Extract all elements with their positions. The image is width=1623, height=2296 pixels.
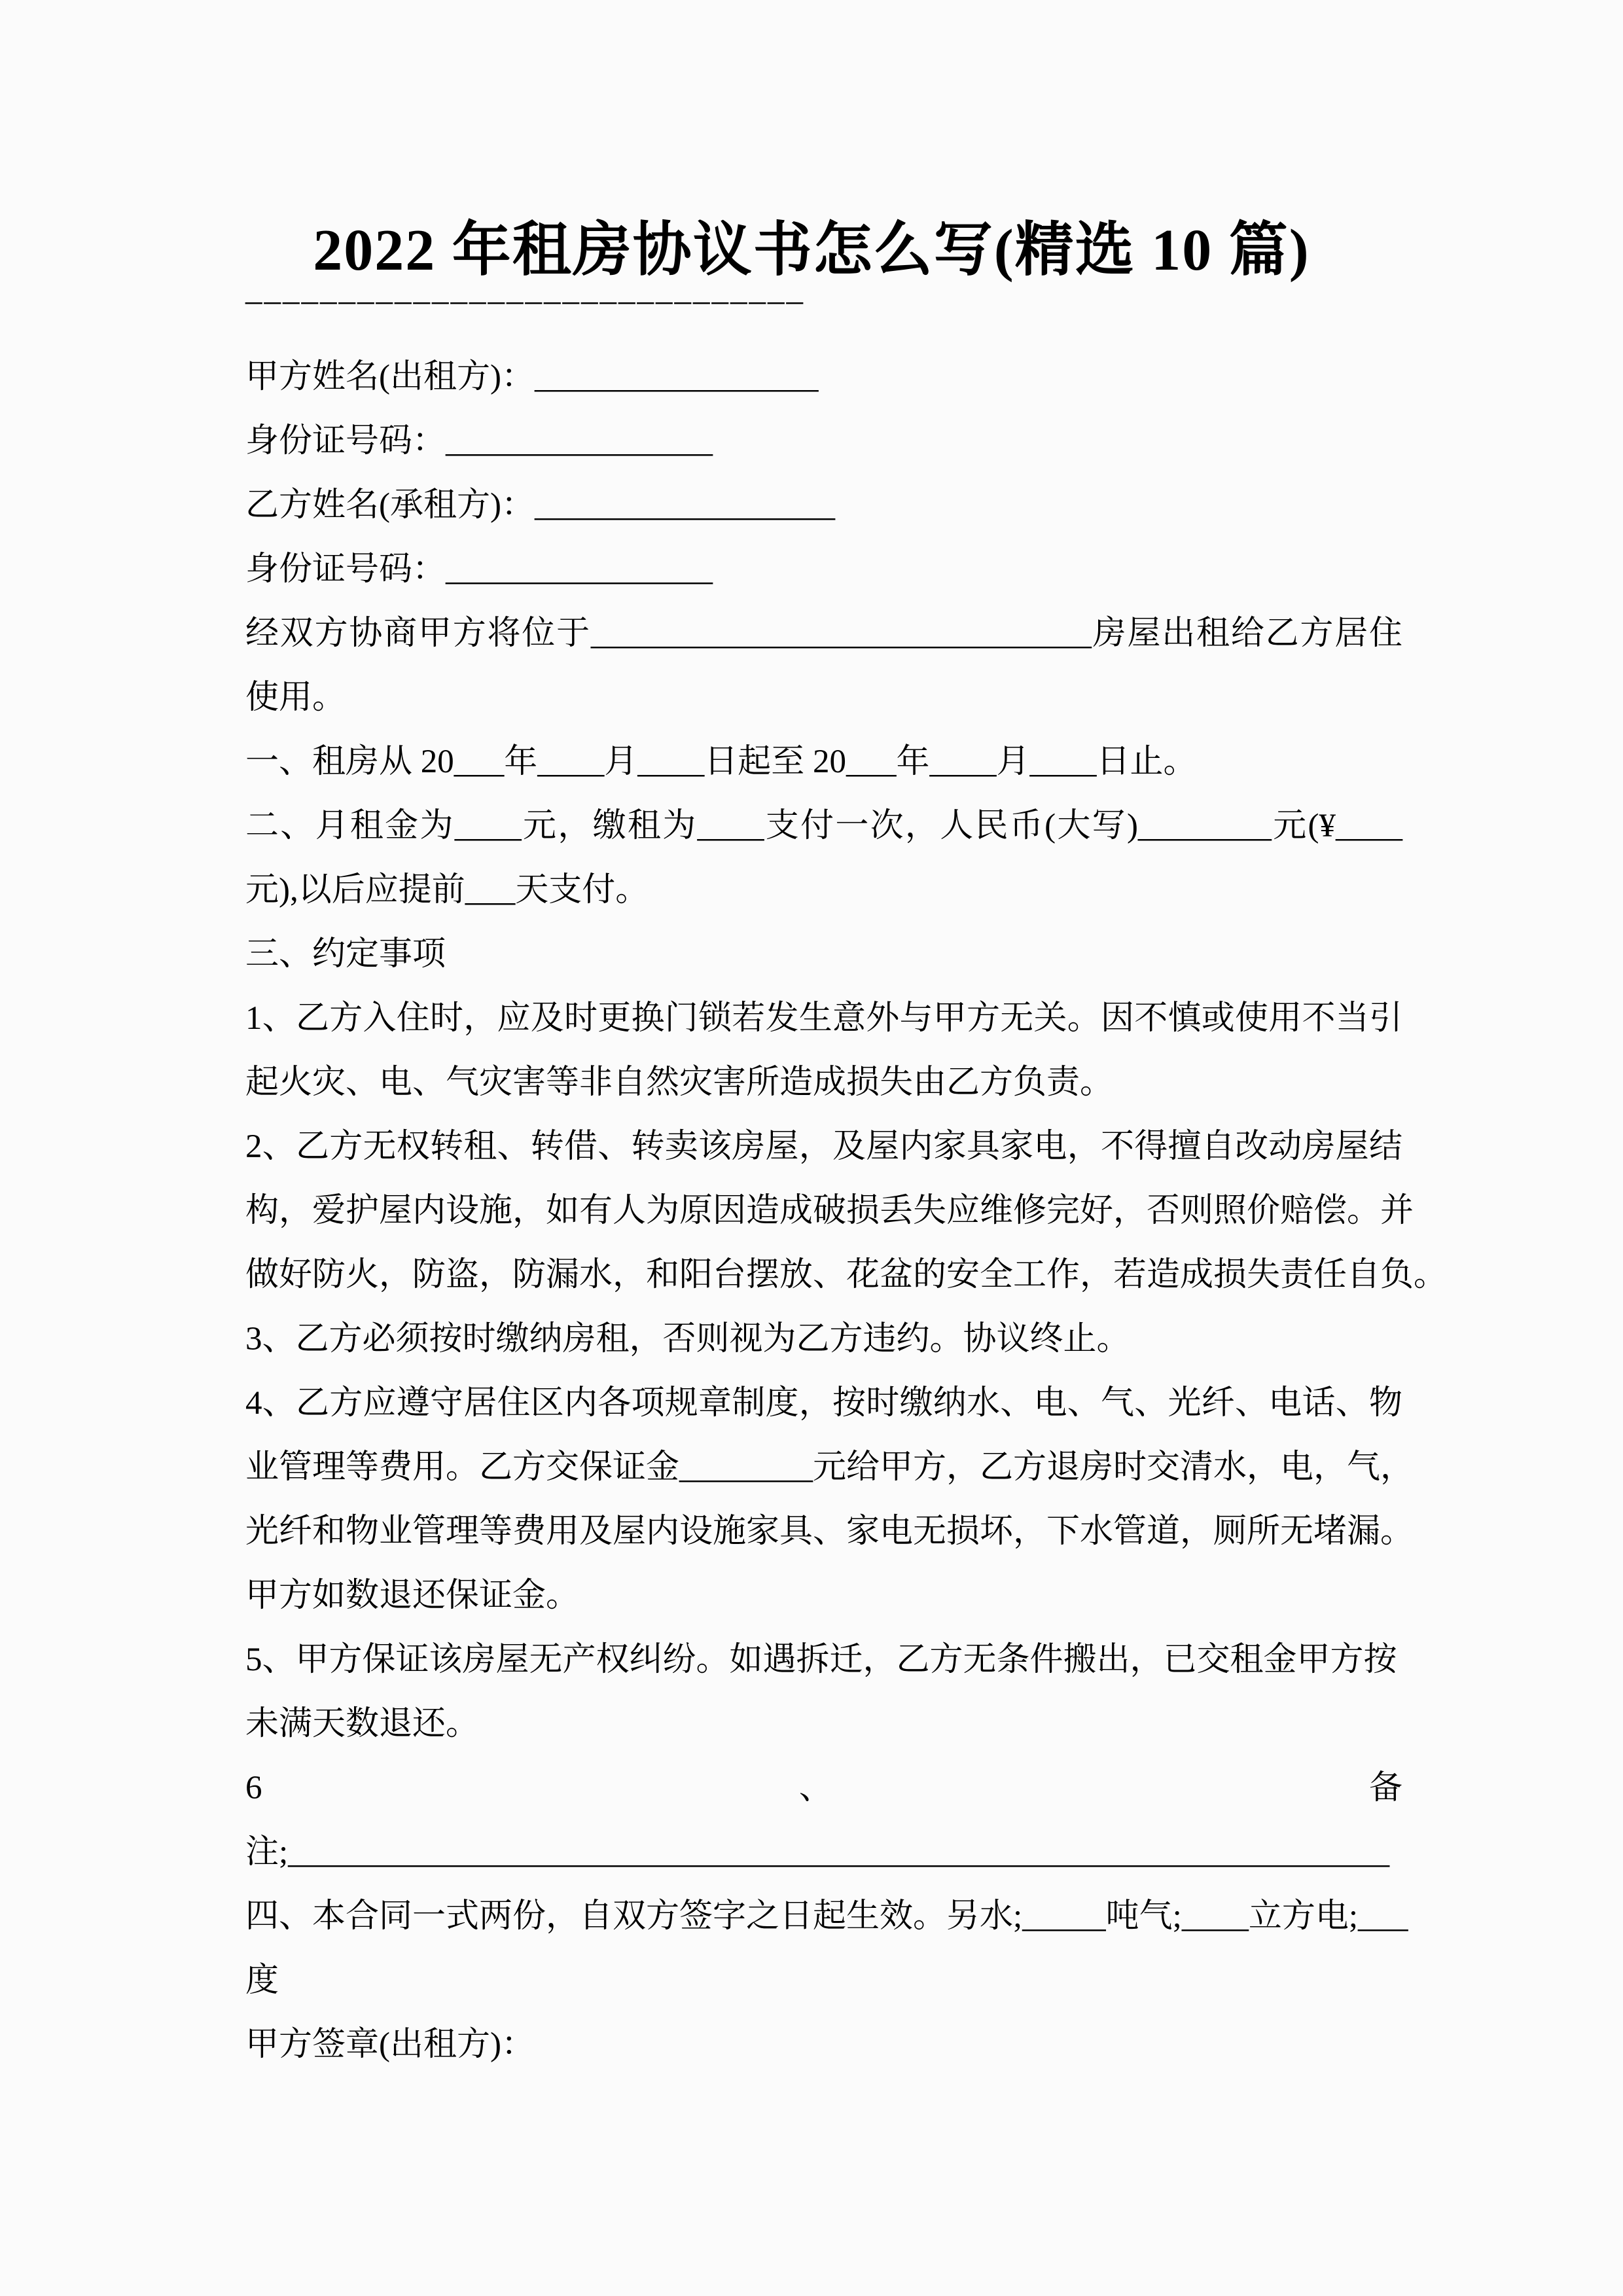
justified-segment-middle: 、 [799,1756,832,1820]
text-line: 身份证号码：________________ [245,537,1402,601]
text-line: 甲方签章(出租方)： [245,2013,1402,2077]
text-line: 甲方姓名(出租方)：_________________ [245,345,1402,409]
document-page: 2022 年租房协议书怎么写(精选 10 篇) ________________… [0,0,1623,2296]
text-line: 构，爱护屋内设施，如有人为原因造成破损丢失应维修完好，否则照价赔偿。并 [245,1179,1402,1243]
text-line: 做好防火，防盗，防漏水，和阳台摆放、花盆的安全工作，若造成损失责任自负。 [245,1243,1402,1307]
text-line: 经双方协商甲方将位于______________________________… [245,601,1402,666]
text-line: 使用。 [245,666,1402,730]
justified-segment-right: 备 [1369,1756,1402,1820]
text-line: 度 [245,1948,1402,2013]
justified-line: 6、备 [245,1756,1402,1820]
text-line: 1、乙方入住时，应及时更换门锁若发生意外与甲方无关。因不慎或使用不当引 [245,986,1402,1050]
page-title: 2022 年租房协议书怎么写(精选 10 篇) [0,202,1623,287]
title-underline: ______________________________ [245,257,805,321]
text-line: 一、租房从 20___年____月____日起至 20___年____月____… [245,730,1402,794]
text-line: 业管理等费用。乙方交保证金________元给甲方，乙方退房时交清水，电，气， [245,1435,1402,1499]
text-line: 4、乙方应遵守居住区内各项规章制度，按时缴纳水、电、气、光纤、电话、物 [245,1371,1402,1435]
text-line: 三、约定事项 [245,922,1402,986]
text-line: 起火灾、电、气灾害等非自然灾害所造成损失由乙方负责。 [245,1050,1402,1115]
text-line: 元),以后应提前___天支付。 [245,858,1402,922]
text-line: 注;______________________________________… [245,1820,1402,1884]
text-line: 四、本合同一式两份，自双方签字之日起生效。另水;_____吨气;____立方电;… [245,1884,1402,1948]
text-line: 2、乙方无权转租、转借、转卖该房屋，及屋内家具家电，不得擅自改动房屋结 [245,1115,1402,1179]
text-line: 光纤和物业管理等费用及屋内设施家具、家电无损坏，下水管道，厕所无堵漏。 [245,1499,1402,1564]
text-line: 乙方姓名(承租方)：__________________ [245,473,1402,537]
text-line: 二、月租金为____元，缴租为____支付一次，人民币(大写)________元… [245,794,1402,858]
text-line: 身份证号码：________________ [245,409,1402,473]
text-line: 未满天数退还。 [245,1692,1402,1756]
justified-segment-left: 6 [245,1756,262,1820]
document-body: 甲方姓名(出租方)：_________________身份证号码：_______… [245,345,1402,2077]
text-line: 5、甲方保证该房屋无产权纠纷。如遇拆迁，乙方无条件搬出，已交租金甲方按 [245,1628,1402,1692]
text-line: 3、乙方必须按时缴纳房租，否则视为乙方违约。协议终止。 [245,1307,1402,1371]
text-line: 甲方如数退还保证金。 [245,1564,1402,1628]
